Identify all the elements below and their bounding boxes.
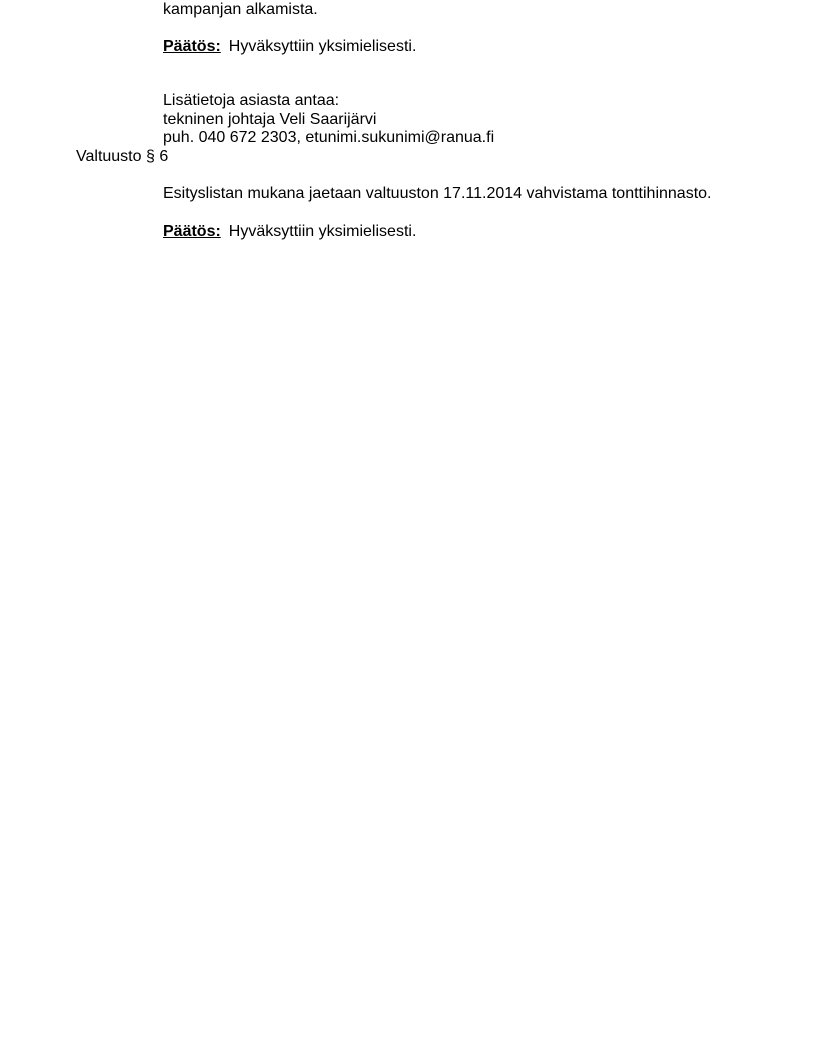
contact-phone-email: puh. 040 672 2303, etunimi.sukunimi@ranu… — [163, 128, 494, 147]
decision-paragraph: Päätös:Hyväksyttiin yksimielisesti. — [163, 37, 416, 56]
decision-paragraph: Päätös:Hyväksyttiin yksimielisesti. — [163, 222, 416, 241]
continuation-text: kampanjan alkamista. — [163, 0, 318, 19]
contact-person: tekninen johtaja Veli Saarijärvi — [163, 110, 376, 129]
contact-intro: Lisätietoja asiasta antaa: — [163, 91, 339, 110]
decision-text: Hyväksyttiin yksimielisesti. — [229, 223, 417, 240]
decision-label: Päätös: — [163, 223, 221, 240]
section-body-text: Esityslistan mukana jaetaan valtuuston 1… — [163, 184, 711, 203]
section-heading: Valtuusto § 6 — [76, 147, 168, 166]
decision-label: Päätös: — [163, 38, 221, 55]
decision-text: Hyväksyttiin yksimielisesti. — [229, 38, 417, 55]
